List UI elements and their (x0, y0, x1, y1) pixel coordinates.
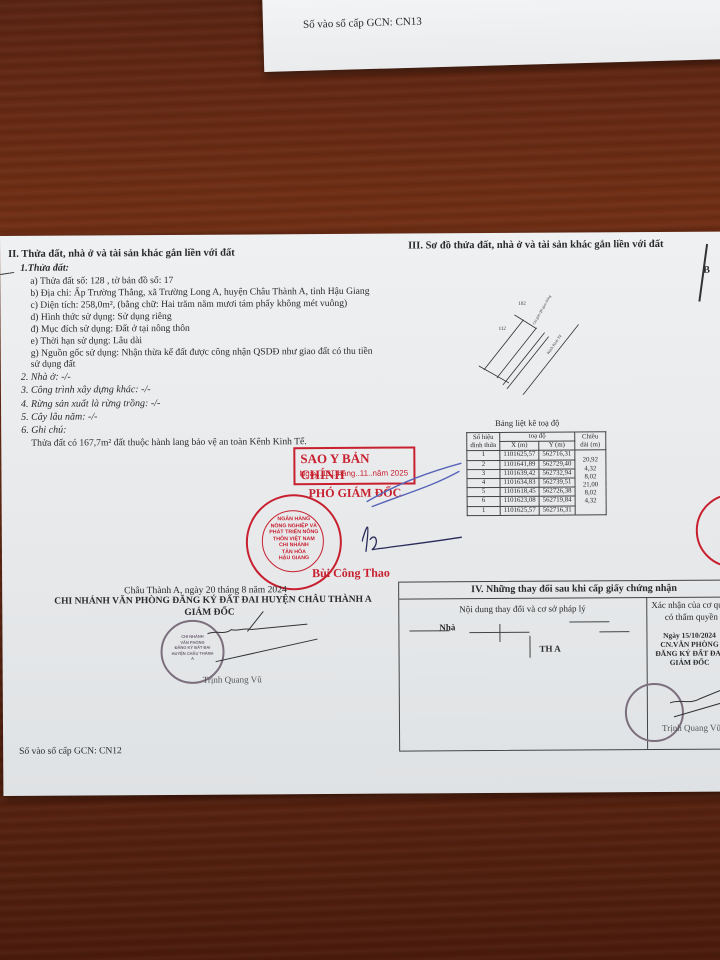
coord-cell-y: 562739,51 (539, 478, 575, 487)
issuer-signature (207, 609, 327, 670)
coord-cell-vertex: 4 (467, 478, 500, 487)
section2-title: II. Thửa đất, nhà ở và tài sản khác gắn … (8, 248, 235, 260)
area: c) Diện tích: 258,0m², (bằng chữ: Hai tr… (30, 298, 347, 311)
north-label: B (703, 265, 710, 276)
label-112: 112 (499, 327, 507, 332)
copy-signer-name: Bùi Công Thao (312, 566, 390, 581)
partial-text-tha: TH A (540, 644, 561, 654)
right-edge-seal (696, 493, 720, 567)
header-vertex: Số hiệu đỉnh thửa (467, 432, 500, 451)
note-heading: 6. Ghi chú: (21, 425, 66, 436)
coord-cell-x: 1101618,45 (500, 487, 539, 496)
forest-line: 4. Rừng sản xuất là rừng trồng: -/- (21, 398, 160, 410)
confirm-signature (670, 681, 720, 721)
issuer-name: Trịnh Quang Vũ (203, 674, 262, 684)
coord-cell-y: 562726,38 (539, 487, 575, 496)
certificate-page: II. Thửa đất, nhà ở và tài sản khác gắn … (0, 232, 720, 796)
coord-lengths: 20,924,328,0221,008,024,32 (575, 450, 606, 515)
note-text: Thửa đất có 167,7m² đất thuộc hành lang … (31, 436, 306, 449)
usage-origin: g) Nguồn gốc sử dụng: Nhận thừa kế đất đ… (31, 346, 373, 359)
col-confirm-header: Xác nhận của cơ quan có thẩm quyền (651, 599, 720, 623)
issuing-office: CHI NHÁNH VĂN PHÒNG ĐĂNG KÝ ĐẤT ĐAI HUYỆ… (54, 595, 372, 607)
top-certificate-sheet: Số vào sổ cấp GCN: CN13 (262, 0, 720, 72)
coord-cell-y: 562729,40 (539, 460, 575, 469)
confirm-date: Ngày 15/10/2024 (649, 631, 720, 640)
coord-table: Số hiệu đỉnh thửa toạ độ Chiều dài (m) X… (466, 431, 606, 516)
col-content-header: Nội dung thay đổi và cơ sở pháp lý (459, 603, 586, 614)
margin-mark (0, 272, 14, 275)
coord-cell-y: 562719,84 (539, 496, 575, 505)
coord-cell-y: 562716,31 (539, 506, 575, 515)
header-length: Chiều dài (m) (575, 432, 606, 451)
gcn-number: Số vào sổ cấp GCN: CN12 (19, 746, 122, 757)
section3-title: III. Sơ đồ thửa đất, nhà ở và tài sản kh… (408, 239, 663, 252)
header-coords: toạ độ (500, 432, 575, 442)
confirm-note: Ngày 15/10/2024 CN.VĂN PHÒNG ĐĂNG KÝ ĐẤT… (649, 631, 720, 667)
coord-cell-vertex: 6 (467, 497, 500, 506)
coord-cell-vertex: 1 (467, 451, 500, 460)
usage-origin-cont: sử dụng đất (31, 359, 76, 370)
usage-purpose: đ) Mục đích sử dụng: Đất ở tại nông thôn (31, 323, 190, 335)
header-x: X (m) (500, 441, 539, 450)
land-heading: 1.Thửa đất: (20, 263, 69, 274)
coord-cell-x: 1101639,42 (500, 469, 539, 478)
coord-cell-vertex: 3 (467, 469, 500, 478)
section4-title: IV. Những thay đổi sau khi cấp giấy chứn… (399, 581, 720, 600)
section4-changes-table: IV. Những thay đổi sau khi cấp giấy chứn… (398, 580, 720, 752)
coord-cell-x: 1101625,57 (500, 506, 539, 515)
coord-cell-x: 1101625,57 (500, 451, 539, 460)
usage-form: d) Hình thức sử dụng: Sử dụng riêng (30, 311, 171, 323)
svg-text:102: 102 (518, 302, 526, 307)
coord-row: 11101625,57562716,3120,924,328,0221,008,… (467, 450, 606, 460)
svg-text:Chỉ giới QH giao thông: Chỉ giới QH giao thông (532, 294, 552, 325)
coord-cell-y: 562732,94 (539, 469, 575, 478)
gcn-number-top: Số vào sổ cấp GCN: CN13 (303, 16, 422, 31)
coord-cell-y: 562716,31 (539, 450, 575, 459)
usage-term: e) Thời hạn sử dụng: Lâu dài (31, 335, 142, 347)
coord-cell-x: 1101634,83 (500, 478, 539, 487)
bank-seal-text: NGÂN HÀNG NÔNG NGHIỆP VÀ PHÁT TRIỂN NÔNG… (264, 516, 324, 562)
parcel-diagram: 112 102 Kênh Kinh Tế Chỉ giới QH giao th… (478, 284, 599, 395)
other-works-line: 3. Công trình xây dựng khác: -/- (21, 384, 151, 396)
coord-table-title: Bảng liệt kê toạ độ (495, 418, 559, 428)
address: b) Địa chỉ: Ấp Trường Thắng, xã Trường L… (30, 286, 369, 299)
perennial-line: 5. Cây lâu năm: -/- (21, 411, 97, 422)
coord-cell-x: 1101641,89 (500, 460, 539, 469)
svg-text:Kênh Kinh Tế: Kênh Kinh Tế (545, 333, 562, 355)
house-line: 2. Nhà ở: -/- (21, 372, 71, 383)
confirm-signer: Trịnh Quang Vũ (662, 723, 720, 733)
parcel-number: a) Thửa đất số: 128 , tờ bản đồ số: 17 (30, 275, 173, 287)
copy-signature (361, 461, 472, 562)
coord-cell-x: 1101623,08 (500, 497, 539, 506)
coord-cell-vertex: 5 (467, 488, 500, 497)
coord-cell-vertex: 1 (467, 506, 500, 515)
coord-cell-vertex: 2 (467, 460, 500, 469)
header-y: Y (m) (539, 441, 575, 450)
